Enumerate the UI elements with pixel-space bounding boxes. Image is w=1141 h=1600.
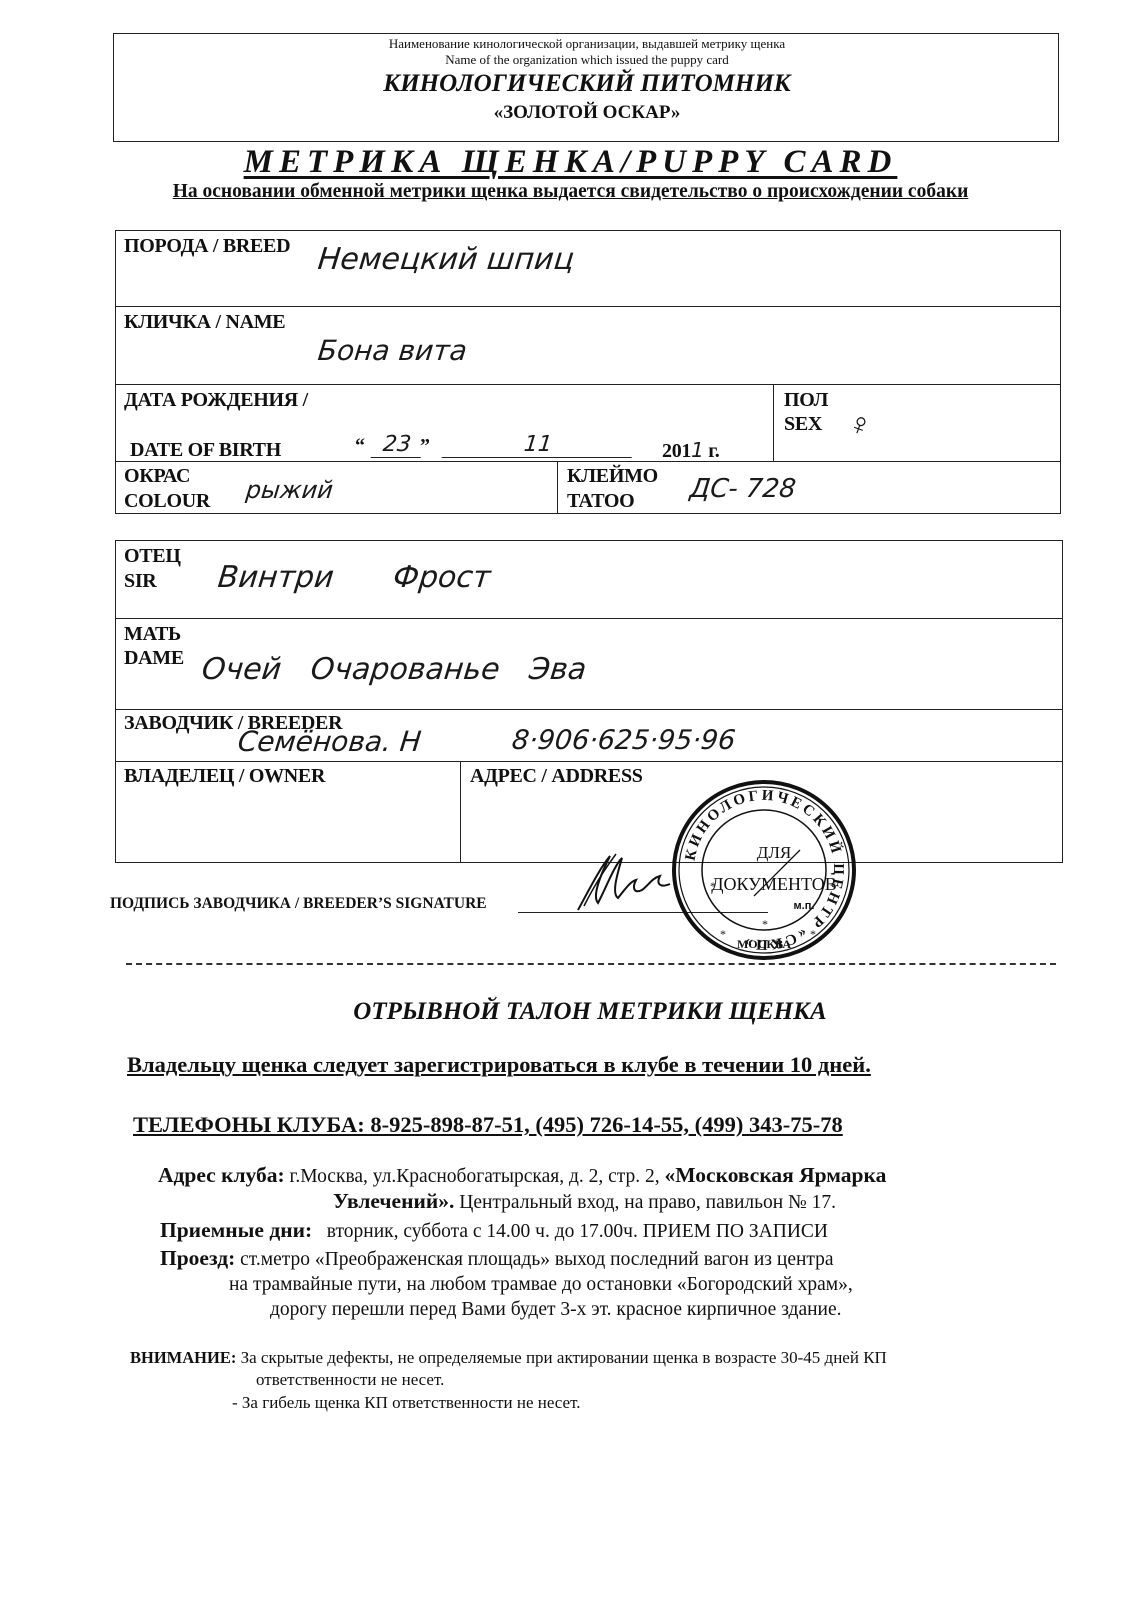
- colour-label-ru: ОКРАС: [124, 464, 190, 488]
- svg-text:МОСКВА: МОСКВА: [737, 937, 791, 951]
- signature-icon: [570, 848, 680, 918]
- warning: ВНИМАНИЕ: За скрытые дефекты, не определ…: [130, 1347, 887, 1369]
- breed-label: ПОРОДА / BREED: [124, 234, 290, 258]
- svg-text:ДОКУМЕНТОВ: ДОКУМЕНТОВ: [711, 874, 836, 894]
- svg-text:*: *: [830, 879, 836, 893]
- club-address-label: Адрес клуба:: [158, 1163, 285, 1187]
- owner-label: ВЛАДЕЛЕЦ / OWNER: [124, 764, 325, 788]
- svg-text:*: *: [710, 879, 716, 893]
- issuer-box: Наименование кинологической организации,…: [113, 33, 1059, 142]
- talon-title: ОТРЫВНОЙ ТАЛОН МЕТРИКИ ЩЕНКА: [0, 998, 1141, 1026]
- tattoo-label-ru: КЛЕЙМО: [567, 464, 658, 488]
- club-address: Адрес клуба: г.Москва, ул.Краснобогатырс…: [158, 1163, 886, 1189]
- warning-line2: ответственности не несет.: [256, 1369, 444, 1391]
- issuer-caption-ru: Наименование кинологической организации,…: [114, 36, 1060, 52]
- colour-label-en: COLOUR: [124, 489, 210, 513]
- sex-label-ru: ПОЛ: [784, 388, 828, 412]
- warning-label: ВНИМАНИЕ:: [130, 1348, 236, 1367]
- owner-field[interactable]: [124, 792, 454, 856]
- dam-label-ru: МАТЬ: [124, 622, 181, 646]
- sire-label-en: SIR: [124, 569, 156, 593]
- address-field[interactable]: [470, 792, 670, 856]
- sire-value[interactable]: Винтри Фрост: [216, 560, 492, 595]
- club-phones: ТЕЛЕФОНЫ КЛУБА: 8-925-898-87-51, (495) 7…: [133, 1112, 843, 1138]
- dob-close-quote: ”: [420, 434, 430, 458]
- signature-label: ПОДПИСЬ ЗАВОДЧИКА / BREEDER’S SIGNATURE: [110, 895, 487, 913]
- dam-value[interactable]: Очей Очарованье Эва: [200, 652, 588, 687]
- route: Проезд: ст.метро «Преображенская площадь…: [160, 1246, 834, 1272]
- tear-off-line: [126, 963, 1056, 965]
- dob-year: 2011 г.: [662, 438, 719, 463]
- tattoo-value[interactable]: ДС- 728: [688, 474, 797, 504]
- svg-text:*: *: [720, 927, 726, 941]
- svg-text:*: *: [810, 927, 816, 941]
- sex-label-en: SEX: [784, 412, 822, 436]
- dob-label-ru: ДАТА РОЖДЕНИЯ /: [124, 388, 308, 412]
- page-title: МЕТРИКА ЩЕНКА/PUPPY CARD: [0, 142, 1141, 182]
- svg-text:*: *: [762, 917, 768, 931]
- breeder-phone[interactable]: 8·906·625·95·96: [510, 725, 737, 756]
- seal-stamp: КИНОЛОГИЧЕСКИЙ ЦЕНТР «СКП» МОСКВА ДЛЯ ДО…: [670, 778, 858, 963]
- tattoo-label-en: TATOO: [567, 489, 634, 513]
- route-line2: на трамвайные пути, на любом трамвае до …: [229, 1273, 853, 1297]
- name-label: КЛИЧКА / NAME: [124, 310, 285, 334]
- colour-value[interactable]: рыжий: [245, 476, 335, 504]
- issuer-name: КИНОЛОГИЧЕСКИЙ ПИТОМНИК: [114, 69, 1060, 99]
- page-subtitle: На основании обменной метрики щенка выда…: [0, 180, 1141, 204]
- dob-open-quote: “: [355, 434, 365, 458]
- breed-value[interactable]: Немецкий шпиц: [316, 242, 576, 277]
- dam-label-en: DAME: [124, 646, 184, 670]
- dob-year-suffix[interactable]: 1: [691, 438, 703, 462]
- warning-line3: - За гибель щенка КП ответственности не …: [232, 1392, 581, 1414]
- address-label: АДРЕС / ADDRESS: [470, 764, 643, 788]
- dob-day[interactable]: 23: [371, 432, 424, 458]
- issuer-subname: «ЗОЛОТОЙ ОСКАР»: [114, 101, 1060, 125]
- reception-days: Приемные дни: вторник, суббота с 14.00 ч…: [160, 1218, 828, 1244]
- route-line3: дорогу перешли перед Вами будет 3-х эт. …: [270, 1298, 842, 1322]
- register-notice: Владельцу щенка следует зарегистрировать…: [127, 1052, 871, 1078]
- breeder-name[interactable]: Семёнова. Н: [236, 725, 423, 758]
- dob-month[interactable]: 11: [442, 432, 635, 458]
- svg-text:м.п.: м.п.: [794, 900, 815, 912]
- club-address-cont: Увлечений». Центральный вход, на право, …: [333, 1189, 836, 1215]
- sire-label-ru: ОТЕЦ: [124, 544, 181, 568]
- name-value[interactable]: Бона вита: [316, 334, 468, 367]
- dob-label-en: DATE OF BIRTH: [130, 438, 281, 462]
- issuer-caption-en: Name of the organization which issued th…: [114, 52, 1060, 68]
- svg-text:ДЛЯ: ДЛЯ: [757, 843, 791, 862]
